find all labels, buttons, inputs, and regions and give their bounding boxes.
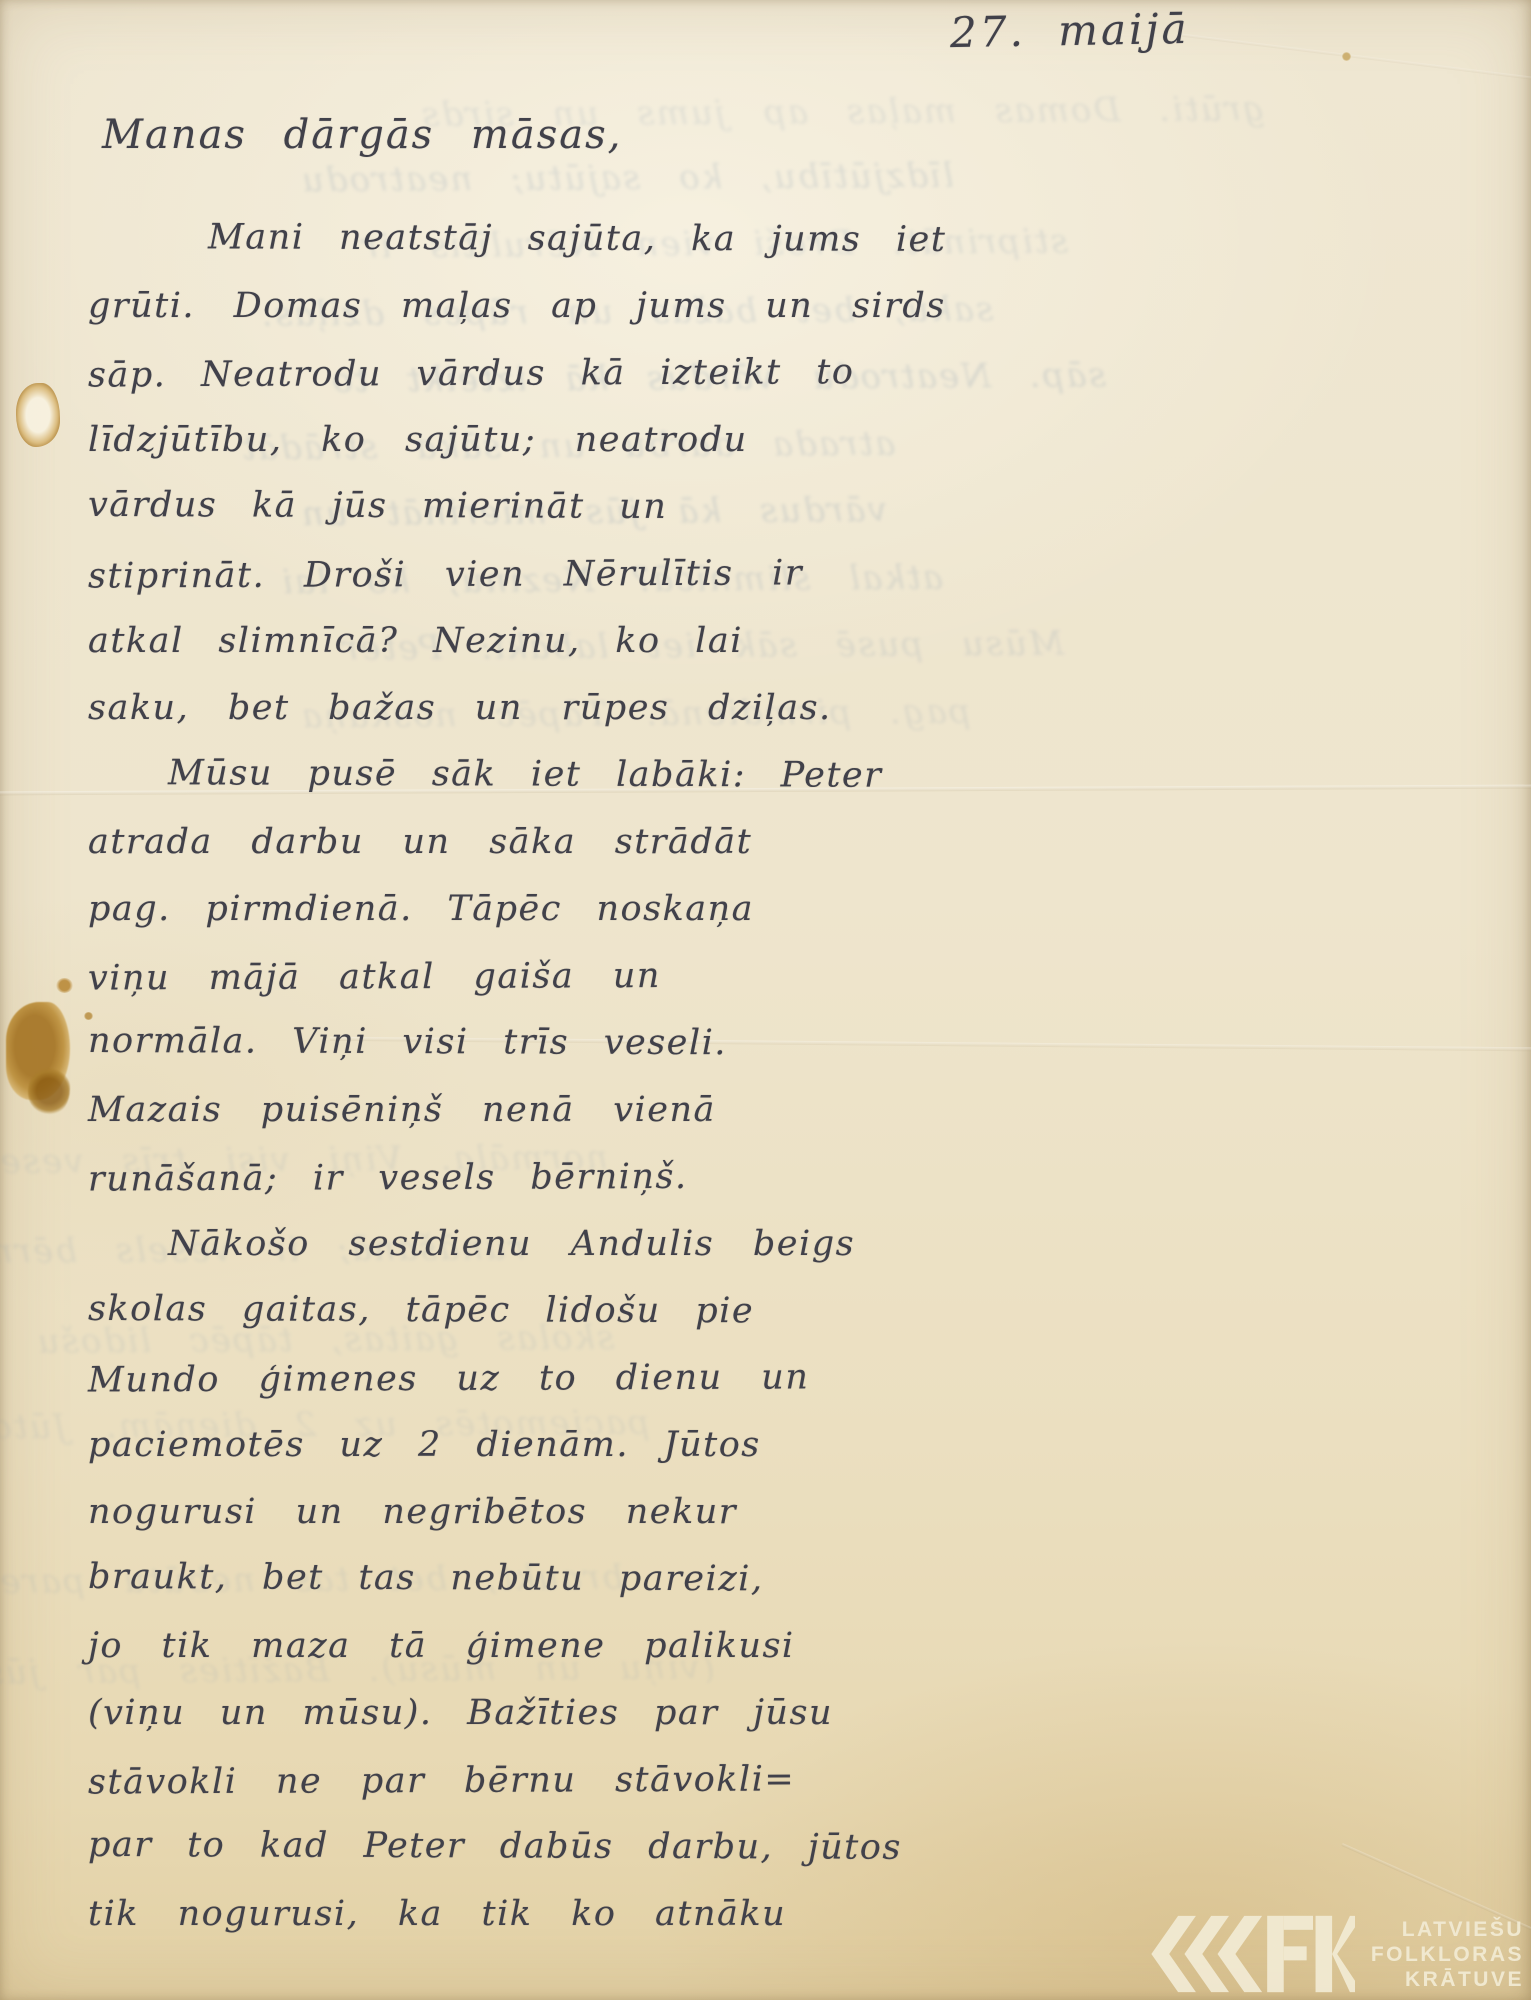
letter-line: par to kad Peter dabūs darbu, jūtos	[88, 1812, 1248, 1883]
letter-body: Mani neatstāj sajūta, ka jums ietgrūti. …	[88, 206, 1248, 1948]
watermark-text: LATVIEŠU FOLKLORAS KRĀTUVE	[1371, 1917, 1524, 1992]
letter-line: jo tik maza tā ģimene palikusi	[88, 1613, 1248, 1680]
watermark-line: KRĀTUVE	[1371, 1967, 1524, 1992]
letter-line: Nākošo sestdienu Andulis beigs	[88, 1211, 1248, 1278]
letter-line: sāp. Neatrodu vārdus kā izteikt to	[88, 337, 1248, 409]
paper-damage-spot	[16, 383, 60, 447]
letter-line: Mani neatstāj sajūta, ka jums iet	[88, 204, 1248, 275]
stain	[56, 978, 73, 993]
stain	[1342, 52, 1351, 61]
letter-page: grūti. Domas maļas ap jums un sirdslīdzj…	[0, 0, 1531, 2000]
letter-line: nogurusi un negribētos nekur	[88, 1479, 1248, 1546]
letter-line: līdzjūtību, ko sajūtu; neatrodu	[88, 407, 1248, 474]
letter-line: runāšanā; ir vesels bērniņš.	[88, 1141, 1248, 1213]
letter-line: viņu mājā atkal gaiša un	[88, 940, 1248, 1012]
letter-line: atrada darbu un sāka strādāt	[88, 809, 1248, 876]
stain	[28, 1068, 70, 1114]
letter-line: braukt, bet tas nebūtu pareizi,	[88, 1544, 1248, 1615]
letter-line: grūti. Domas maļas ap jums un sirds	[88, 273, 1248, 340]
letter-line: paciemotēs uz 2 dienām. Jūtos	[88, 1412, 1248, 1479]
salutation: Manas dārgās māsas,	[102, 112, 622, 158]
letter-line: vārdus kā jūs mierināt un	[88, 472, 1248, 543]
letter-line: skolas gaitas, tāpēc lidošu pie	[88, 1276, 1248, 1347]
letter-line: pag. pirmdienā. Tāpēc noskaņa	[88, 876, 1248, 943]
letter-line: (viņu un mūsu). Bažīties par jūsu	[88, 1680, 1248, 1747]
letter-line: Mūsu pusē sāk iet labāki: Peter	[88, 740, 1248, 811]
letter-line: atkal slimnīcā? Nezinu, ko lai	[88, 608, 1248, 675]
letter-line: saku, bet bažas un rūpes dziļas.	[88, 675, 1248, 742]
letter-line: Mundo ģimenes uz to dienu un	[88, 1342, 1248, 1414]
date-line: 27. maijā	[950, 4, 1190, 57]
archive-watermark: LATVIEŠU FOLKLORAS KRĀTUVE	[1082, 1912, 1524, 1996]
lfk-logo-icon	[1145, 1915, 1355, 1993]
letter-line: Mazais puisēniņš nenā vienā	[88, 1077, 1248, 1144]
watermark-line: FOLKLORAS	[1371, 1942, 1524, 1967]
letter-line: tik nogurusi, ka tik ko atnāku	[88, 1881, 1248, 1948]
fold-crease	[1181, 34, 1531, 86]
letter-line: stāvokli ne par bērnu stāvokli=	[88, 1744, 1248, 1816]
bleedthrough-line: līdzjūtību, ko sajūtu; neatrodu	[300, 156, 954, 201]
letter-line: normāla. Viņi visi trīs veseli.	[88, 1008, 1248, 1079]
watermark-line: LATVIEŠU	[1371, 1917, 1524, 1942]
letter-line: stiprināt. Droši vien Nērulītis ir	[88, 538, 1248, 610]
